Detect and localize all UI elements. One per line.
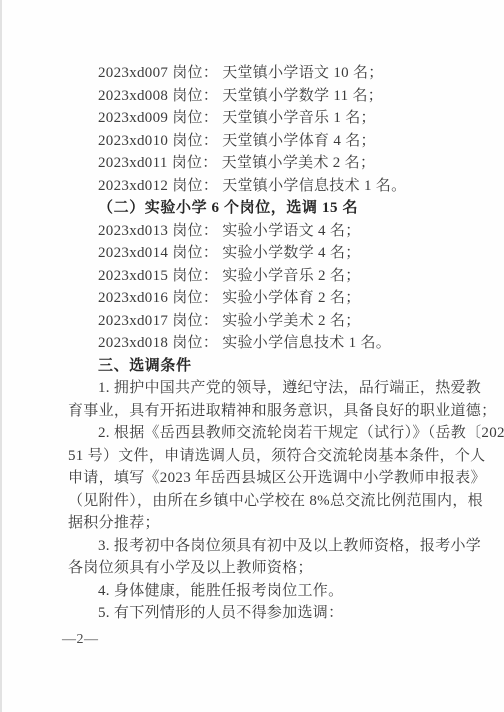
condition-line: 5. 有下列情形的人员不得参加选调： bbox=[68, 602, 448, 625]
position-line: 2023xd013 岗位： 实验小学语文 4 名； bbox=[68, 220, 448, 243]
position-line: 2023xd012 岗位： 天堂镇小学信息技术 1 名。 bbox=[68, 175, 448, 198]
position-line: 2023xd014 岗位： 实验小学数学 4 名； bbox=[68, 242, 448, 265]
position-line: 2023xd007 岗位： 天堂镇小学语文 10 名； bbox=[68, 62, 448, 85]
document-body: 2023xd007 岗位： 天堂镇小学语文 10 名； 2023xd008 岗位… bbox=[68, 62, 448, 625]
section-heading-selection-conditions: 三、选调条件 bbox=[68, 355, 448, 378]
position-line: 2023xd008 岗位： 天堂镇小学数学 11 名； bbox=[68, 85, 448, 108]
page-number: —2— bbox=[62, 632, 99, 648]
position-line: 2023xd017 岗位： 实验小学美术 2 名； bbox=[68, 310, 448, 333]
condition-line: 1. 拥护中国共产党的领导，遵纪守法，品行端正，热爱教 bbox=[68, 377, 448, 400]
condition-line: 据积分推荐； bbox=[68, 512, 448, 535]
position-line: 2023xd009 岗位： 天堂镇小学音乐 1 名； bbox=[68, 107, 448, 130]
condition-line: 4. 身体健康，能胜任报考岗位工作。 bbox=[68, 580, 448, 603]
condition-line: 3. 报考初中各岗位须具有初中及以上教师资格，报考小学 bbox=[68, 535, 448, 558]
condition-line: 51 号）文件，申请选调人员，须符合交流轮岗基本条件，个人 bbox=[68, 445, 448, 468]
position-line: 2023xd015 岗位： 实验小学音乐 2 名； bbox=[68, 265, 448, 288]
position-line: 2023xd011 岗位： 天堂镇小学美术 2 名； bbox=[68, 152, 448, 175]
condition-line: 各岗位须具有小学及以上教师资格； bbox=[68, 557, 448, 580]
position-line: 2023xd018 岗位： 实验小学信息技术 1 名。 bbox=[68, 332, 448, 355]
condition-line: 申请，填写《2023 年岳西县城区公开选调中小学教师申报表》 bbox=[68, 467, 448, 490]
condition-line: 2. 根据《岳西县教师交流轮岗若干规定（试行）》（岳教〔2022〕 bbox=[68, 422, 448, 445]
position-line: 2023xd010 岗位： 天堂镇小学体育 4 名； bbox=[68, 130, 448, 153]
condition-line: 育事业，具有开拓进取精神和服务意识，具备良好的职业道德； bbox=[68, 400, 448, 423]
document-page: 2023xd007 岗位： 天堂镇小学语文 10 名； 2023xd008 岗位… bbox=[0, 0, 504, 712]
condition-line: （见附件），由所在乡镇中心学校在 8%总交流比例范围内，根 bbox=[68, 490, 448, 513]
section-heading-experimental-school: （二）实验小学 6 个岗位，选调 15 名 bbox=[68, 197, 448, 220]
position-line: 2023xd016 岗位： 实验小学体育 2 名； bbox=[68, 287, 448, 310]
